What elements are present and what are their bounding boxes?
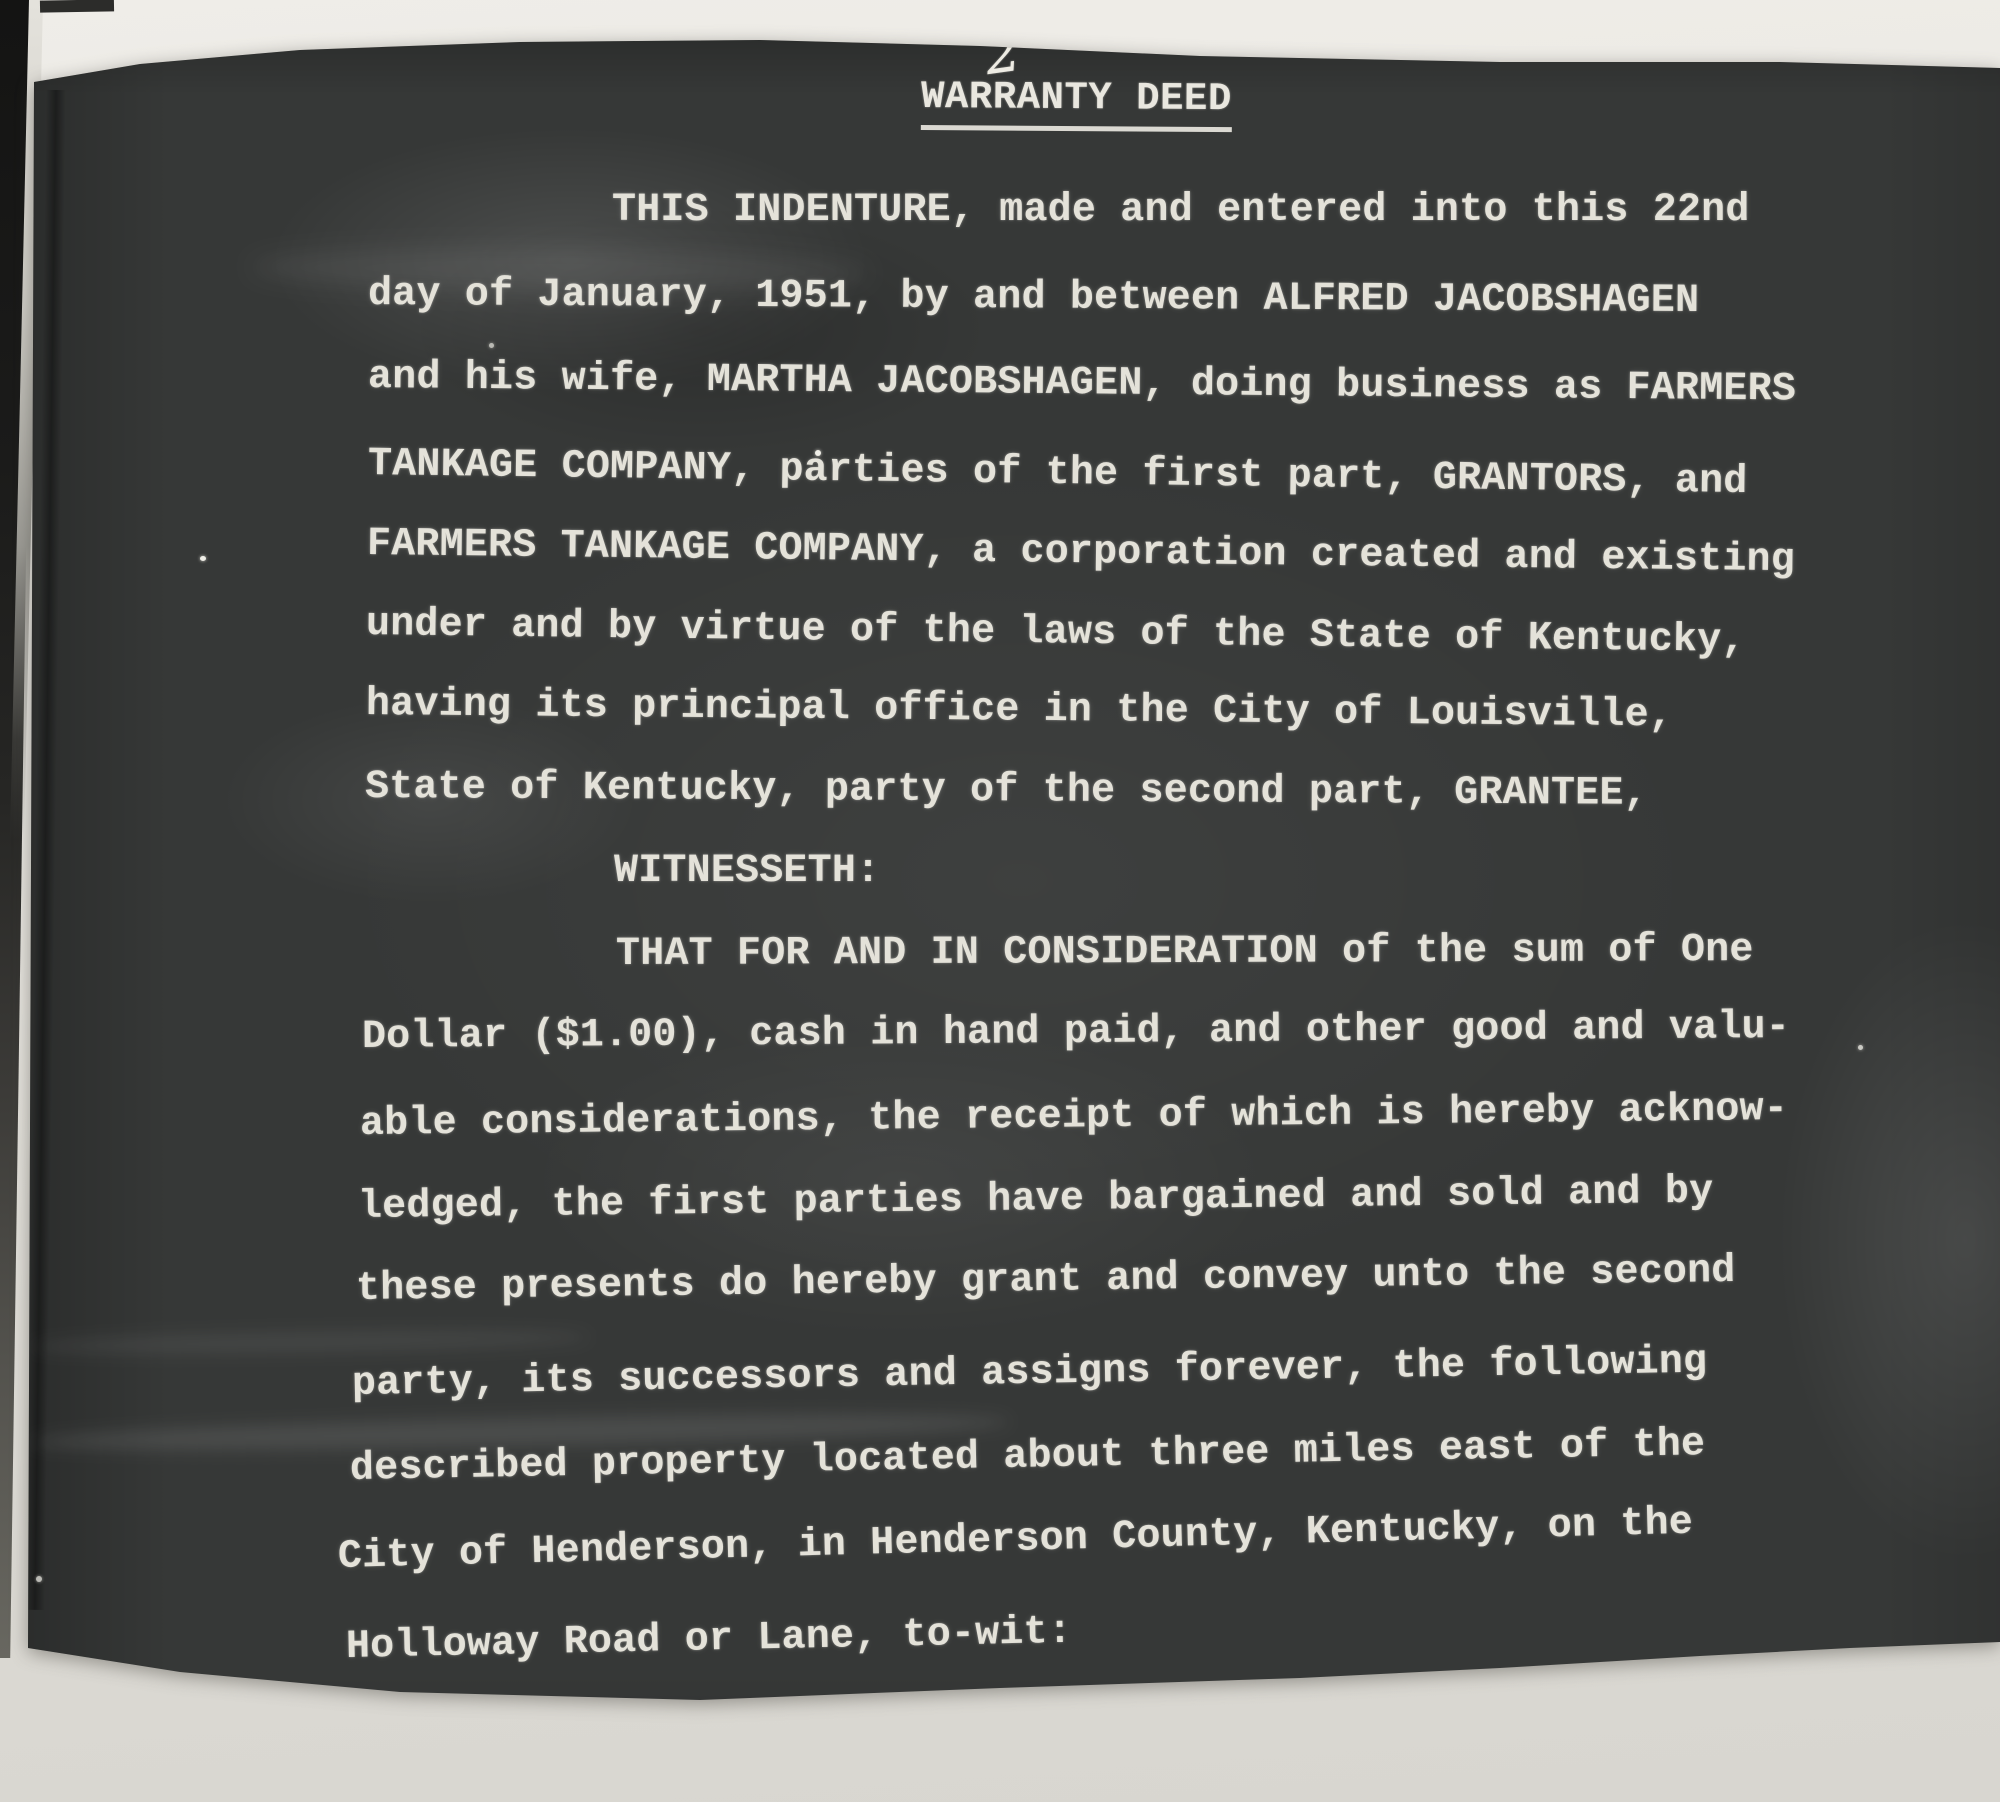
deed-line: TANKAGE COMPANY, parties of the first pa… bbox=[368, 445, 1748, 503]
photostat-page-wrapper: 2 WARRANTY DEED THIS INDENTURE, made and… bbox=[0, 0, 2000, 1802]
page-crease bbox=[25, 90, 66, 1610]
deed-line: able considerations, the receipt of whic… bbox=[360, 1090, 1788, 1145]
adjacent-page-corner bbox=[40, 0, 114, 13]
deed-line: party, its successors and assigns foreve… bbox=[352, 1343, 1708, 1405]
deed-line: Holloway Road or Lane, to-wit: bbox=[346, 1613, 1073, 1668]
deed-line: having its principal office in the City … bbox=[366, 685, 1673, 736]
deed-title: WARRANTY DEED bbox=[921, 78, 1232, 132]
photo-speck bbox=[1858, 1045, 1863, 1050]
photo-speck bbox=[36, 1576, 42, 1582]
deed-line: and his wife, MARTHA JACOBSHAGEN, doing … bbox=[368, 358, 1796, 410]
deed-line: THAT FOR AND IN CONSIDERATION of the sum… bbox=[616, 931, 1754, 975]
deed-line: WITNESSETH: bbox=[614, 852, 880, 892]
photographed-deed-page: 2 WARRANTY DEED THIS INDENTURE, made and… bbox=[0, 0, 2000, 1802]
deed-line: FARMERS TANKAGE COMPANY, a corporation c… bbox=[367, 525, 1795, 581]
deed-line: day of January, 1951, by and between ALF… bbox=[368, 275, 1699, 322]
deed-line: ledged, the first parties have bargained… bbox=[358, 1173, 1714, 1228]
photo-speck bbox=[200, 556, 206, 561]
photo-speck bbox=[489, 343, 494, 348]
deed-line: THIS INDENTURE, made and entered into th… bbox=[612, 191, 1750, 231]
light-streak bbox=[30, 1327, 590, 1357]
deed-line: City of Henderson, in Henderson County, … bbox=[337, 1504, 1693, 1578]
deed-line: State of Kentucky, party of the second p… bbox=[365, 768, 1648, 815]
deed-line: these presents do hereby grant and conve… bbox=[356, 1252, 1736, 1310]
deed-line: Dollar ($1.00), cash in hand paid, and o… bbox=[362, 1008, 1790, 1058]
photostat-page: 2 WARRANTY DEED THIS INDENTURE, made and… bbox=[0, 0, 2000, 1802]
deed-line: under and by virtue of the laws of the S… bbox=[366, 605, 1746, 662]
